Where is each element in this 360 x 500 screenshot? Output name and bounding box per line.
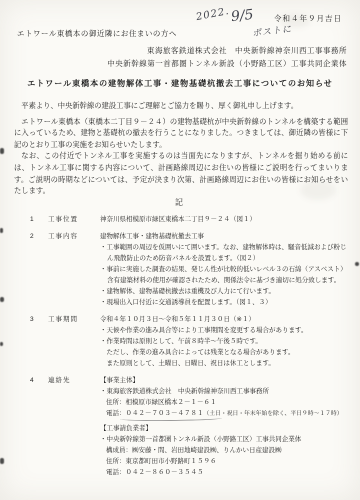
scan-artifact (0, 342, 3, 346)
paragraph-tunnel-notice: なお、この付近でトンネル工事を実施するのは当面先になりますが、トンネルを掘り始め… (14, 150, 348, 196)
item-number: 2 (30, 231, 48, 308)
contact-owner-name: ・東海旅客鉄道株式会社 中央新幹線神奈川西工事事務所 (100, 386, 350, 397)
contact-contractor-header: 【工事請負業者】 (100, 423, 350, 434)
contact-owner-header: 【事業主体】 (100, 375, 350, 386)
scan-smudge (300, 180, 336, 200)
addressee-line: エトワール東橋本の御近隣にお住まいの方へ (17, 28, 177, 39)
scanned-notice-document: 2022. 9/5 ポストに 令和４年９月吉日 エトワール東橋本の御近隣にお住ま… (0, 0, 360, 500)
item-work-location: 1 工事位置 神奈川県相模原市緑区東橋本二丁目９－２４（図１） (30, 214, 350, 225)
item-label: 工事位置 (48, 214, 100, 225)
work-period-bullet: ・天候や作業の進み具合等により工事期間を変更する場合があります。 (100, 325, 350, 336)
item-number: 4 (30, 375, 48, 481)
scan-smudge (280, 14, 310, 28)
sender-block: 東海旅客鉄道株式会社 中央新幹線神奈川西工事事務所 中央新幹線第一首都圏トンネル… (107, 45, 347, 70)
work-content-bullet: ・工事範囲の周辺を仮囲いにて囲います。なお、建物解体時は、騒音低減および粉じん飛… (100, 242, 350, 264)
contact-owner-address: 住所：相模原市緑区橋本２－１－６１ (100, 397, 350, 408)
scan-artifact (355, 262, 359, 266)
item-work-content: 2 工事内容 建物解体工事・建物基礎杭撤去工事 ・工事範囲の周辺を仮囲いにて囲い… (30, 231, 350, 308)
item-label: 工事期間 (48, 314, 100, 369)
contact-contractor-members: 構成員：㈱安藤・間、岩田地崎建設㈱、りんかい日産建設㈱ (100, 445, 350, 456)
work-content-bullet: ・事前に実施した調査の結果、発じん性が比較的低いレベル３の石綿（アスベスト）含有… (100, 264, 350, 286)
work-content-bullet: ・現場出入口付近に交通誘導員を配置します。（図１、３） (100, 297, 350, 308)
work-period-bullet: また原則として、土曜日、日曜日、祝日は休工とします。 (100, 358, 350, 369)
item-number: 3 (30, 314, 48, 369)
body-paragraphs: 平素より、中央新幹線の建設工事にご理解とご協力を賜り、厚く御礼申し上げます。 エ… (14, 100, 348, 197)
work-content-bullet: ・建物解体、建物基礎杭撤去は重機及び人力にて行います。 (100, 286, 350, 297)
contact-contractor-block: 【工事請負業者】 ・中央新幹線第一首都圏トンネル新設（小野路工区）工事共同企業体… (100, 423, 350, 478)
document-title: エトワール東橋本の建物解体工事・建物基礎杭撤去工事についてのお知らせ (0, 78, 360, 89)
items-list: 1 工事位置 神奈川県相模原市緑区東橋本二丁目９－２４（図１） 2 工事内容 建… (30, 214, 350, 487)
contact-owner-block: 【事業主体】 ・東海旅客鉄道株式会社 中央新幹線神奈川西工事事務所 住所：相模原… (100, 375, 350, 420)
handwritten-note-year: 2022. (195, 6, 230, 23)
contact-owner-phone-line: 電話：０４２－７０３－４７８１（土日・祝日・年末年始を除く、平日９時～１７時） (100, 408, 350, 420)
scan-artifact (0, 228, 3, 233)
contact-owner-phone-hours: （土日・祝日・年末年始を除く、平日９時～１７時） (204, 411, 343, 417)
work-period-bullet: ただし、作業の進み具合によっては残業となる場合があります。 (100, 347, 350, 358)
work-content-text: 建物解体工事・建物基礎杭撤去工事 (100, 231, 350, 242)
paragraph-work-reason: エトワール東橋本（東橋本二丁目９－２４）の建物基礎杭が中央新幹線のトンネルを構築… (14, 116, 348, 151)
item-label: 連絡先 (48, 375, 100, 481)
item-number: 1 (30, 214, 48, 225)
work-period-bullet: ・作業時間は原則として、午前８時半～午後５時です。 (100, 336, 350, 347)
pen-underline-mark (120, 415, 222, 421)
scan-artifact (0, 148, 4, 154)
record-marker: 記 (0, 197, 360, 208)
work-period-text: 令和４年１０月３日～令和５年１１月３０日（※１） (100, 314, 350, 325)
sender-company-line: 東海旅客鉄道株式会社 中央新幹線神奈川西工事事務所 (107, 45, 347, 58)
handwritten-note-date: 9/5 (230, 7, 254, 25)
scan-artifact (0, 458, 4, 464)
sender-jv-line: 中央新幹線第一首都圏トンネル新設（小野路工区）工事共同企業体 (107, 58, 347, 71)
work-location-text: 神奈川県相模原市緑区東橋本二丁目９－２４（図１） (100, 214, 350, 225)
item-contact: 4 連絡先 【事業主体】 ・東海旅客鉄道株式会社 中央新幹線神奈川西工事事務所 … (30, 375, 350, 481)
paragraph-greeting: 平素より、中央新幹線の建設工事にご理解とご協力を賜り、厚く御礼申し上げます。 (14, 100, 348, 112)
item-work-period: 3 工事期間 令和４年１０月３日～令和５年１１月３０日（※１） ・天候や作業の進… (30, 314, 350, 369)
contact-contractor-phone: 電話：０４２－８６０－３５４５ (100, 467, 350, 478)
scan-artifact (0, 297, 4, 302)
item-label: 工事内容 (48, 231, 100, 308)
contact-contractor-name: ・中央新幹線第一首都圏トンネル新設（小野路工区）工事共同企業体 (100, 434, 350, 445)
contact-contractor-address: 住所：東京都町田市小野路町１５９６ (100, 456, 350, 467)
